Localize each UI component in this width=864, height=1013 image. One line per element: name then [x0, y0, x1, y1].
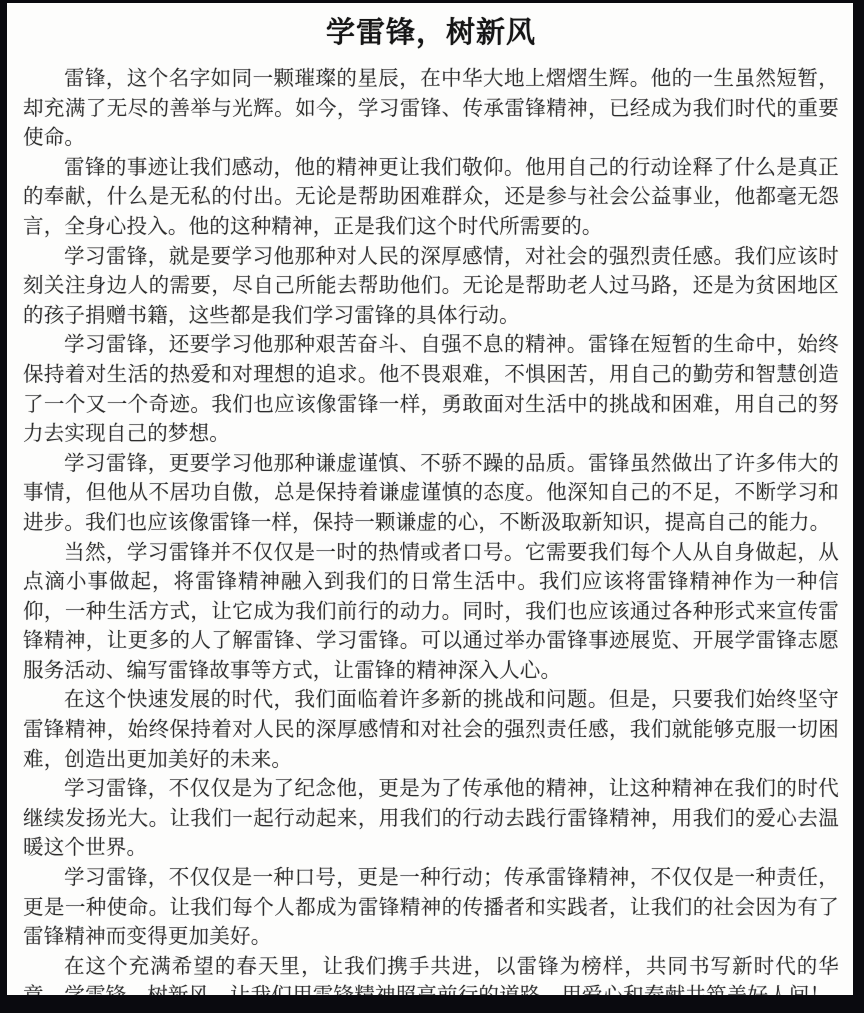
paragraph-3: 学习雷锋，就是要学习他那种对人民的深厚感情，对社会的强烈责任感。我们应该时刻关注…	[23, 242, 839, 331]
paragraph-1: 雷锋，这个名字如同一颗璀璨的星辰，在中华大地上熠熠生辉。他的一生虽然短暂，却充满…	[23, 64, 839, 153]
paragraph-5: 学习雷锋，更要学习他那种谦虚谨慎、不骄不躁的品质。雷锋虽然做出了许多伟大的事情，…	[23, 449, 839, 538]
paragraph-4: 学习雷锋，还要学习他那种艰苦奋斗、自强不息的精神。雷锋在短暂的生命中，始终保持着…	[23, 330, 839, 448]
paragraph-6: 当然，学习雷锋并不仅仅是一时的热情或者口号。它需要我们每个人从自身做起，从点滴小…	[23, 538, 839, 686]
paragraph-9: 学习雷锋，不仅仅是一种口号，更是一种行动；传承雷锋精神，不仅仅是一种责任，更是一…	[23, 863, 839, 952]
document-body: 雷锋，这个名字如同一颗璀璨的星辰，在中华大地上熠熠生辉。他的一生虽然短暂，却充满…	[23, 64, 839, 995]
paragraph-2: 雷锋的事迹让我们感动，他的精神更让我们敬仰。他用自己的行动诠释了什么是真正的奉献…	[23, 153, 839, 242]
paragraph-8: 学习雷锋，不仅仅是为了纪念他，更是为了传承他的精神，让这种精神在我们的时代继续发…	[23, 774, 839, 863]
document-page: 学雷锋，树新风 雷锋，这个名字如同一颗璀璨的星辰，在中华大地上熠熠生辉。他的一生…	[7, 3, 853, 995]
paragraph-7: 在这个快速发展的时代，我们面临着许多新的挑战和问题。但是，只要我们始终坚守雷锋精…	[23, 685, 839, 774]
document-frame: 学雷锋，树新风 雷锋，这个名字如同一颗璀璨的星辰，在中华大地上熠熠生辉。他的一生…	[0, 0, 864, 1013]
paragraph-10: 在这个充满希望的春天里，让我们携手共进，以雷锋为榜样，共同书写新时代的华章。学雷…	[23, 952, 839, 995]
document-title: 学雷锋，树新风	[23, 15, 839, 51]
